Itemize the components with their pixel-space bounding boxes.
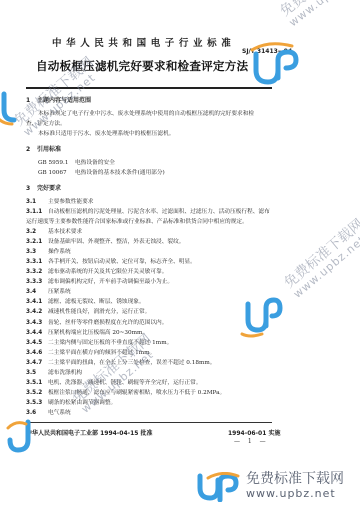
clause-number: 3.6 [26, 410, 48, 417]
paragraph: 本标准规定了电子行业中污水、废水处理系统中使用的自动板框压滤机的完好要求和检 [38, 111, 254, 118]
paragraph: 查、评定方法。 [26, 121, 66, 128]
section-number: 3 [26, 185, 37, 192]
up-logo-icon [196, 472, 244, 502]
reference-code: GB 10067 [38, 170, 75, 177]
section-number: 1 [26, 97, 37, 104]
clause-text: 电气系统 [48, 410, 71, 416]
clause: 3.6电气系统 [26, 410, 71, 417]
section-title: 完好要求 [37, 185, 61, 192]
clause-text: 二主梁平面的扭曲，在全长上分三处检查，误差不超过 0.18mm。 [48, 360, 215, 366]
watermark-text: 免费标准下载网 www.upbz.net [282, 217, 360, 301]
document-title: 自动板框压滤机完好要求和检查评定方法 [36, 58, 248, 74]
footer-divider [26, 422, 272, 423]
watermark-url: www.upbz.net [287, 0, 360, 29]
clause: 3.4.4压紧机构端应比压板端高 20~30mm。 [26, 330, 148, 337]
clause-text: 压紧机构端应比压板端高 20~30mm。 [48, 330, 148, 336]
clause-text: 自动板框压滤机的污泥处理量、污泥含水率、过滤面积、过滤压力、活动压板行程、滤布 [48, 209, 270, 215]
clause: 3.5.3刷条的松紧由调节器调整。 [26, 400, 116, 407]
paragraph: 本标准只适用于污水、废水处理系统中的板框压滤机。 [38, 131, 175, 138]
clause-number: 3.4.6 [26, 350, 48, 357]
section-title: 主题内容与适用范围 [37, 97, 91, 104]
clause-number: 3.5 [26, 370, 48, 377]
clause-text: 减速机性能良好，润滑充分，运行正常。 [48, 309, 150, 315]
clause-number: 3.3.1 [26, 259, 48, 266]
clause: 3.5滤布洗涤机构 [26, 370, 82, 377]
clause-number: 3.1.1 [26, 209, 48, 216]
clause-number: 3.5.3 [26, 400, 48, 407]
up-logo-icon [4, 418, 40, 458]
clause-text: 各手柄开关、按钮启动灵敏、定位可靠，标志齐全、明显。 [48, 259, 196, 265]
issuing-organization: 中华人民共和国电子行业标准 [52, 35, 235, 49]
clause-text: 电机、洗涤器、减速机、链轮、刷辊等齐全完好，运行正常。 [48, 380, 202, 386]
reference-code: GB 5959.1 [38, 160, 75, 167]
clause-number: 3.3.2 [26, 269, 48, 276]
clause-number: 3.2.1 [26, 239, 48, 246]
implementation-date: 1994-06-01 实施 [228, 428, 280, 437]
clause: 3.1.1自动板框压滤机的污泥处理量、污泥含水率、过滤面积、过滤压力、活动压板行… [26, 209, 270, 216]
clause: 3.5.2板框注浆口畅通，滤布应与刷辊紧密相贴，喷水压力不低于 0.2MPa。 [26, 390, 225, 397]
watermark-text: 免费标准下载网 www.upbz.net [278, 0, 360, 29]
brand-banner: 免费标准下载网 www.upbz.net [246, 472, 344, 500]
clause-text: 滤布调偏机构完好，开车前手动调偏至最小为止。 [48, 279, 173, 285]
section-2-heading: 2引用标准 [26, 146, 61, 153]
watermark-site-name: 免费标准下载网 [282, 217, 360, 291]
clause-text: 滤框、滤板无裂纹、断层、锈蚀现象。 [48, 299, 145, 305]
clause-continuation: 运行速度等主要参数性能符合国家标准或行业标准、产品标准和供货合同中相应的规定。 [26, 219, 248, 226]
clause: 3.4.3齿轮、丝杆等零件磨损程度在允许的范围以内。 [26, 320, 167, 327]
reference-title: 电热设备的基本技术条件(通用部分) [75, 170, 165, 176]
clause-text: 主要参数性能要求 [48, 199, 94, 205]
page-number: — 1 — [234, 438, 269, 445]
clause-number: 3.2 [26, 229, 48, 236]
clause-text: 齿轮、丝杆等零件磨损程度在允许的范围以内。 [48, 320, 167, 326]
clause: 3.4压紧系统 [26, 289, 71, 296]
reference-item: GB 10067电热设备的基本技术条件(通用部分) [38, 170, 165, 177]
clause: 3.4.2减速机性能良好，润滑充分，运行正常。 [26, 309, 150, 316]
clause: 3.4.7二主梁平面的扭曲，在全长上分三处检查，误差不超过 0.18mm。 [26, 360, 215, 367]
clause-text: 操作系统 [48, 249, 71, 255]
clause-number: 3.4.2 [26, 309, 48, 316]
clause-text: 设备基础牢固、外观整齐、整洁，外表无蚀浸、裂纹。 [48, 239, 185, 245]
watermark-site-name: 免费标准下载网 [278, 0, 360, 19]
up-logo-icon [248, 38, 300, 90]
clause-number: 3.4.4 [26, 330, 48, 337]
clause: 3.1主要参数性能要求 [26, 199, 94, 206]
clause-number: 3.4 [26, 289, 48, 296]
clause-number: 3.4.5 [26, 340, 48, 347]
clause: 3.3.2滤布驱动系统的开关及其它限位开关灵敏可靠。 [26, 269, 167, 276]
up-logo-icon [240, 290, 284, 340]
clause: 3.4.5二主梁内侧与固定压板的不垂直度不超过 1mm。 [26, 340, 172, 347]
clause-number: 3.3 [26, 249, 48, 256]
clause-number: 3.1 [26, 199, 48, 206]
brand-site-name: 免费标准下载网 [246, 472, 344, 487]
clause: 3.3操作系统 [26, 249, 71, 256]
clause-text: 压紧系统 [48, 289, 71, 295]
clause-text: 板框注浆口畅通，滤布应与刷辊紧密相贴，喷水压力不低于 0.2MPa。 [48, 390, 225, 396]
reference-title: 电热设备的安全 [75, 160, 115, 166]
clause-text: 二主梁内侧与固定压板的不垂直度不超过 1mm。 [48, 340, 172, 346]
standard-code: SJ/T 31413—94 [242, 48, 292, 55]
clause-text: 刷条的松紧由调节器调整。 [48, 400, 116, 406]
clause-text: 基本技术要求 [48, 229, 82, 235]
clause-number: 3.4.3 [26, 320, 48, 327]
clause-text: 滤布洗涤机构 [48, 370, 82, 376]
brand-url: www.upbz.net [246, 487, 344, 500]
clause-number: 3.4.1 [26, 299, 48, 306]
clause-number: 3.5.2 [26, 390, 48, 397]
clause: 3.3.3滤布调偏机构完好，开车前手动调偏至最小为止。 [26, 279, 173, 286]
clause: 3.2基本技术要求 [26, 229, 82, 236]
section-title: 引用标准 [37, 146, 61, 153]
clause-number: 3.3.3 [26, 279, 48, 286]
clause-text: 二主梁平面在横方向的倾斜不超过 1mm。 [48, 350, 155, 356]
clause: 3.2.1设备基础牢固、外观整齐、整洁，外表无蚀浸、裂纹。 [26, 239, 185, 246]
clause-text: 滤布驱动系统的开关及其它限位开关灵敏可靠。 [48, 269, 167, 275]
clause: 3.4.6二主梁平面在横方向的倾斜不超过 1mm。 [26, 350, 155, 357]
watermark-url: www.upbz.net [291, 228, 360, 301]
reference-item: GB 5959.1电热设备的安全 [38, 160, 115, 167]
clause: 3.3.1各手柄开关、按钮启动灵敏、定位可靠，标志齐全、明显。 [26, 259, 196, 266]
clause-number: 3.5.1 [26, 380, 48, 387]
header-divider [26, 87, 272, 89]
approval-line: 中华人民共和国电子工业部 1994-04-15 批准 [26, 428, 153, 437]
section-3-heading: 3完好要求 [26, 185, 61, 192]
clause: 3.5.1电机、洗涤器、减速机、链轮、刷辊等齐全完好，运行正常。 [26, 380, 202, 387]
section-1-heading: 1主题内容与适用范围 [26, 97, 91, 104]
clause-number: 3.4.7 [26, 360, 48, 367]
section-number: 2 [26, 146, 37, 153]
clause: 3.4.1滤框、滤板无裂纹、断层、锈蚀现象。 [26, 299, 145, 306]
